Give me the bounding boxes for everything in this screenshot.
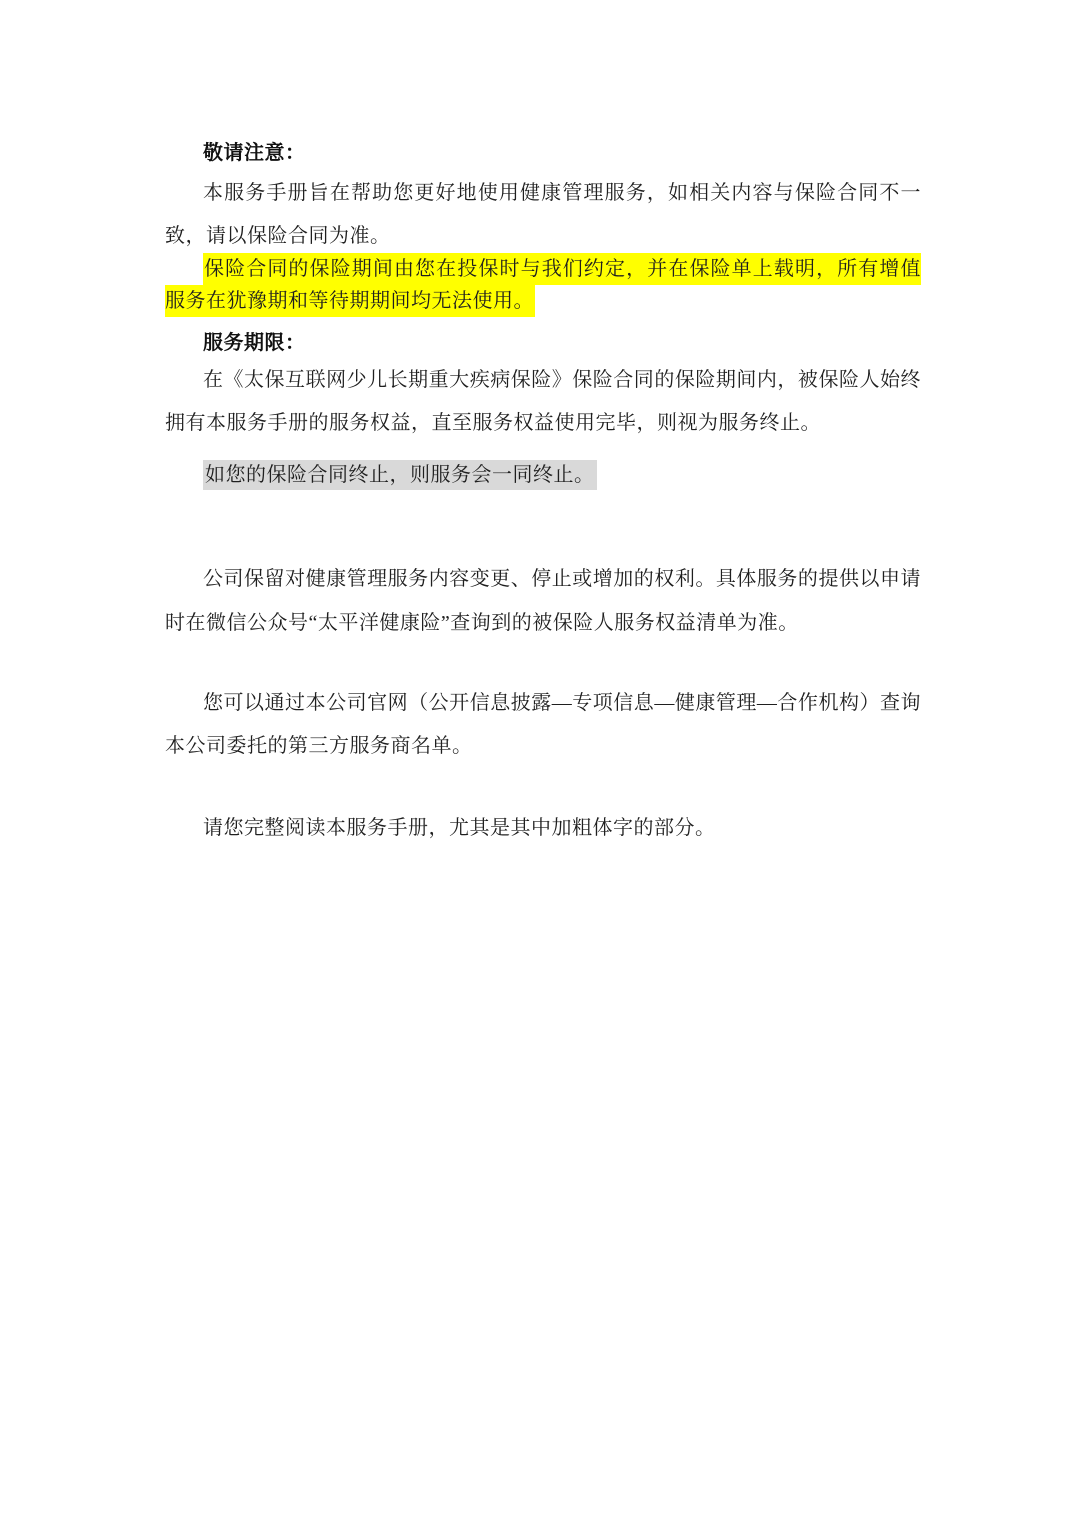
service-term-paragraph: 在《太保互联网少儿长期重大疾病保险》保险合同的保险期间内，被保险人始终拥有本服务… [165, 359, 921, 445]
gray-highlight: 如您的保险合同终止，则服务会一同终止。 [203, 460, 597, 490]
termination-note-paragraph: 如您的保险合同终止，则服务会一同终止。 [165, 457, 921, 493]
service-term-heading: 服务期限： [203, 326, 306, 355]
notice-heading: 敬请注意： [203, 136, 306, 165]
yellow-highlight: 保险合同的保险期间由您在投保时与我们约定，并在保险单上载明，所有增值服务在犹豫期… [165, 253, 921, 317]
rights-paragraph: 公司保留对健康管理服务内容变更、停止或增加的权利。具体服务的提供以申请时在微信公… [165, 557, 921, 645]
notice-paragraph: 本服务手册旨在帮助您更好地使用健康管理服务，如相关内容与保险合同不一致，请以保险… [165, 172, 921, 258]
document-page: 敬请注意： 本服务手册旨在帮助您更好地使用健康管理服务，如相关内容与保险合同不一… [0, 0, 1080, 1527]
closing-paragraph: 请您完整阅读本服务手册，尤其是其中加粗体字的部分。 [165, 807, 921, 850]
highlighted-notice-paragraph: 保险合同的保险期间由您在投保时与我们约定，并在保险单上载明，所有增值服务在犹豫期… [165, 253, 921, 317]
provider-paragraph: 您可以通过本公司官网（公开信息披露—专项信息—健康管理—合作机构）查询本公司委托… [165, 682, 921, 768]
